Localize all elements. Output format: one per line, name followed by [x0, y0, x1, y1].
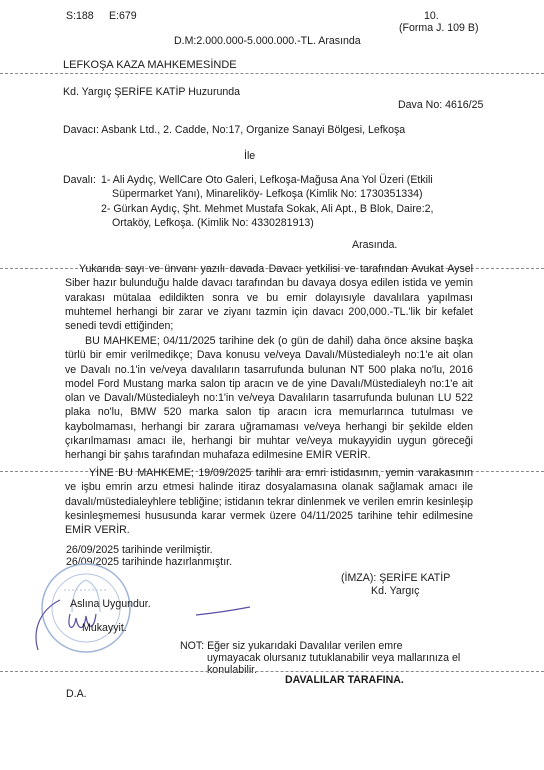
conjunction: İle: [244, 150, 255, 162]
signature-title: Kd. Yargıç: [371, 585, 419, 597]
addressee: DAVALILAR TARAFINA.: [285, 674, 404, 686]
signature-name: (İMZA): ŞERİFE KATİP: [341, 572, 450, 584]
defendant-1-line2: Süpermarket Yanı), Minareliköy- Lefkoşa …: [112, 188, 423, 200]
true-copy-label: Aslına Uygundur.: [70, 598, 151, 610]
page-number: 10.: [424, 10, 439, 22]
preamble-text: Yukarıda sayı ve ünvanı yazılı davada Da…: [65, 262, 473, 333]
defendant-2-line1: 2- Gürkan Aydıç, Şht. Mehmet Mustafa Sok…: [101, 203, 433, 215]
order-2-text: YİNE BU MAHKEME; 19/09/2025 tarihli ara …: [65, 466, 473, 537]
defendant-2-line2: Ortaköy, Lefkoşa. (Kimlik No: 4330281913…: [112, 217, 314, 229]
serial-number: S:188: [66, 10, 94, 22]
initials: D.A.: [66, 688, 87, 700]
defendant-label: Davalı:: [63, 174, 96, 186]
divider: [0, 73, 544, 74]
order-2-paragraph: YİNE BU MAHKEME; 19/09/2025 tarihli ara …: [65, 466, 473, 537]
between: Arasında.: [352, 239, 397, 251]
judge-line: Kd. Yargıç ŞERİFE KATİP Huzurunda: [63, 86, 240, 98]
court-name: LEFKOŞA KAZA MAHKEMESİNDE: [63, 59, 237, 71]
claim-range: D.M:2.000.000-5.000.000.-TL. Arasında: [174, 35, 361, 47]
notice-line1: NOT: Eğer siz yukarıdaki Davalılar veril…: [180, 640, 403, 652]
issued-date: 26/09/2025 tarihinde verilmiştir.: [66, 544, 213, 556]
preamble-paragraph: Yukarıda sayı ve ünvanı yazılı davada Da…: [65, 262, 473, 333]
defendant-1-line1: 1- Ali Aydıç, WellCare Oto Galeri, Lefko…: [101, 174, 433, 186]
notice-line3: konulabilir.: [207, 664, 257, 676]
entry-number: E:679: [109, 10, 137, 22]
judge-signature-icon: [194, 604, 254, 618]
order-1-paragraph: BU MAHKEME; 04/11/2025 tarihine dek (o g…: [65, 334, 473, 463]
plaintiff: Davacı: Asbank Ltd., 2. Cadde, No:17, Or…: [63, 124, 405, 136]
divider: [0, 671, 544, 672]
registrar-label: Mukayyit.: [82, 622, 127, 634]
form-code: (Forma J. 109 B): [399, 22, 478, 34]
case-number: Dava No: 4616/25: [398, 99, 483, 111]
notice-line2: uymayacak olursanız tutuklanabilir veya …: [207, 652, 460, 664]
order-1-text: BU MAHKEME; 04/11/2025 tarihine dek (o g…: [65, 334, 473, 463]
